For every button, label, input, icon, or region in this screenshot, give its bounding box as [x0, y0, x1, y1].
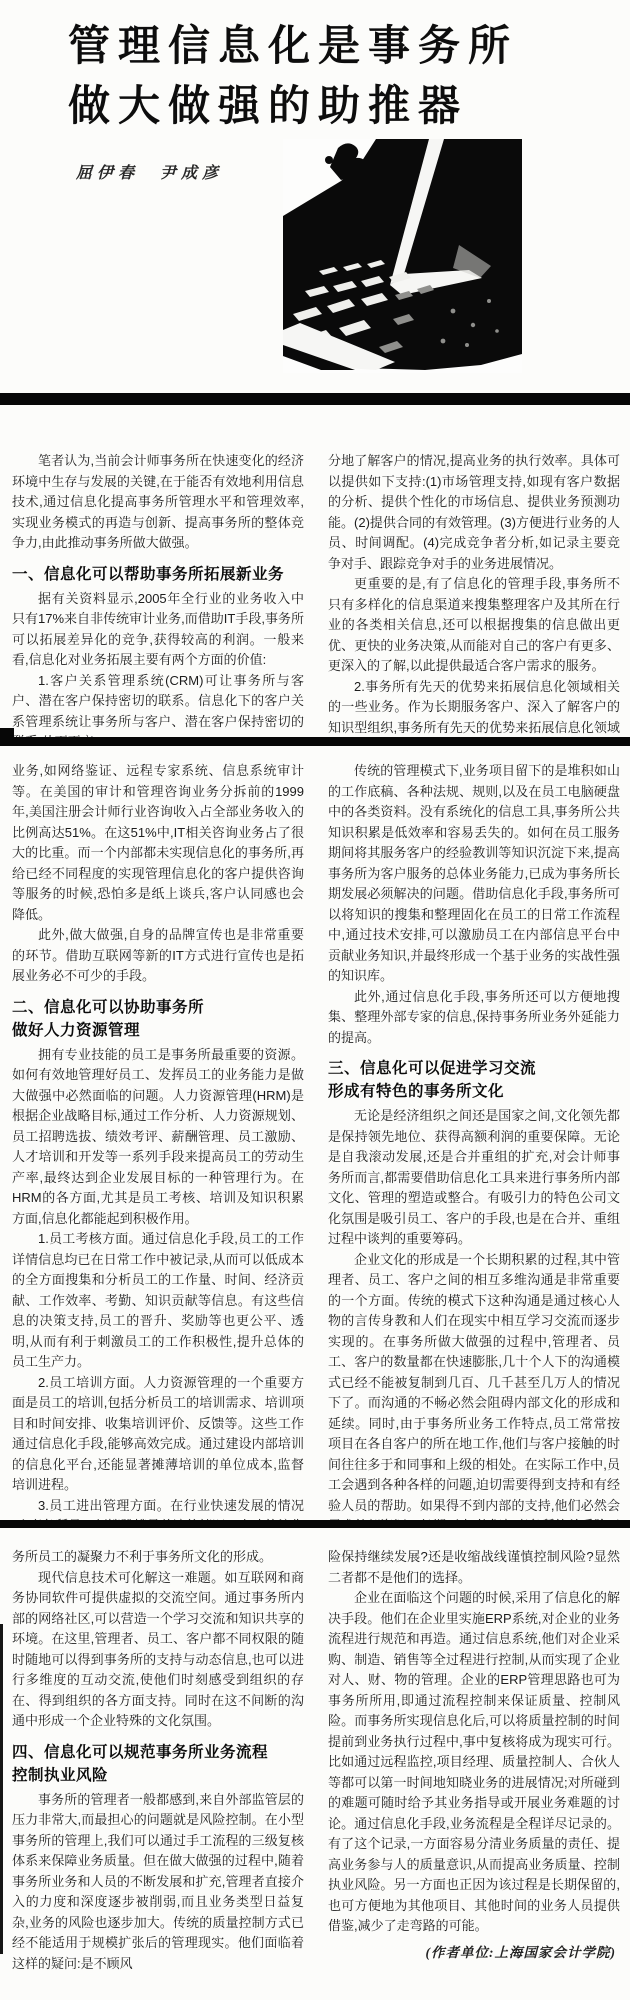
paragraph: 拥有专业技能的员工是事务所最重要的资源。如何有效地管理好员工、发挥员工的业务能力… — [12, 1045, 304, 1230]
paragraph: 事务所的管理者一般都感到,来自外部监管层的压力非常大,而最担心的问题就是风险控制… — [12, 1790, 304, 1975]
paragraph: 企业在面临这个问题的时候,采用了信息化的解决手段。他们在企业里实施ERP系统,对… — [328, 1588, 620, 1937]
section-heading-4-line2: 控制执业风险 — [12, 1764, 304, 1787]
paragraph: 现代信息技术可化解这一难题。如互联网和商务协同软件可提供虚拟的交流空间。通过事务… — [12, 1568, 304, 1732]
section-heading-3-line1: 三、信息化可以促进学习交流 — [328, 1057, 620, 1080]
paragraph: 此外,做大做强,自身的品牌宣传也是非常重要的环节。借助互联网等新的IT方式进行宣… — [12, 925, 304, 987]
right-column: 分地了解客户的情况,提高业务的执行效率。具体可以提供如下支持:(1)市场管理支持… — [328, 451, 620, 737]
paragraph: 笔者认为,当前会计师事务所在快速变化的经济环境中生存与发展的关键,在于能否有效地… — [12, 451, 304, 554]
text-segment-3: 务所员工的凝聚力不利于事务所文化的形成。 现代信息技术可化解这一难题。如互联网和… — [0, 1528, 630, 1999]
text-segment-1: 笔者认为,当前会计师事务所在快速变化的经济环境中生存与发展的关键,在于能否有效地… — [0, 405, 630, 737]
paragraph: 据有关资料显示,2005年全行业的业务收入中只有17%来自非传统审计业务,而借助… — [12, 589, 304, 671]
paragraph: 2.事务所有先天的优势来拓展信息化领域相关的一些业务。作为长期服务客户、深入了解… — [328, 677, 620, 738]
paragraph: 此外,通过信息化手段,事务所还可以方便地搜集、整理外部专家的信息,保持事务所业务… — [328, 987, 620, 1049]
scan-divider-bar-2 — [0, 737, 630, 746]
paragraph: 业务,如网络鉴证、远程专家系统、信息系统审计等。在美国的审计和管理咨询业务分拆前… — [12, 761, 304, 925]
paragraph: 传统的管理模式下,业务项目留下的是堆积如山的工作底稿、各种法规、规则,以及在员工… — [328, 761, 620, 987]
paragraph: 企业文化的形成是一个长期积累的过程,其中管理者、员工、客户之间的相互多维沟通是非… — [328, 1250, 620, 1521]
section-heading-2: 二、信息化可以协助事务所 做好人力资源管理 — [12, 996, 304, 1042]
right-column: 传统的管理模式下,业务项目留下的是堆积如山的工作底稿、各种法规、规则,以及在员工… — [328, 761, 620, 1520]
laptop-photo-graphic — [283, 139, 522, 373]
author-affiliation: (作者单位:上海国家会计学院) — [328, 1943, 616, 1964]
left-column: 业务,如网络鉴证、远程专家系统、信息系统审计等。在美国的审计和管理咨询业务分拆前… — [12, 761, 304, 1520]
scan-divider-wrap — [0, 737, 630, 746]
section-heading-3: 三、信息化可以促进学习交流 形成有特色的事务所文化 — [328, 1057, 620, 1103]
paragraph: 更重要的是,有了信息化的管理手段,事务所不只有多样化的信息渠道来搜集整理客户及其… — [328, 574, 620, 677]
left-column: 笔者认为,当前会计师事务所在快速变化的经济环境中生存与发展的关键,在于能否有效地… — [12, 451, 304, 737]
article-title-line1: 管理信息化是事务所 — [68, 16, 630, 76]
paragraph: 1.员工考核方面。通过信息化手段,员工的工作详情信息均已在日常工作中被记录,从而… — [12, 1229, 304, 1373]
paragraph: 务所员工的凝聚力不利于事务所文化的形成。 — [12, 1547, 304, 1568]
text-segment-2: 业务,如网络鉴证、远程专家系统、信息系统审计等。在美国的审计和管理咨询业务分拆前… — [0, 746, 630, 1520]
scan-edge-nub — [0, 728, 14, 737]
section-heading-2-line1: 二、信息化可以协助事务所 — [12, 996, 304, 1019]
section-heading-2-line2: 做好人力资源管理 — [12, 1019, 304, 1042]
left-column: 务所员工的凝聚力不利于事务所文化的形成。 现代信息技术可化解这一难题。如互联网和… — [12, 1547, 304, 1999]
paragraph: 分地了解客户的情况,提高业务的执行效率。具体可以提供如下支持:(1)市场管理支持… — [328, 451, 620, 574]
paragraph: 2.员工培训方面。人力资源管理的一个重要方面是员工的培训,包括分析员工的培训需求… — [12, 1373, 304, 1496]
right-column: 险保持继续发展?还是收缩战线谨慎控制风险?显然二者都不是他们的选择。 企业在面临… — [328, 1547, 620, 1999]
article-title: 管理信息化是事务所 做大做强的助推器 — [68, 16, 630, 136]
paragraph: 无论是经济组织之间还是国家之间,文化领先都是保持领先地位、获得高额利润的重要保障… — [328, 1106, 620, 1250]
article-title-line2: 做大做强的助推器 — [68, 76, 630, 136]
scan-divider-bar-1 — [0, 393, 630, 405]
section-heading-4: 四、信息化可以规范事务所业务流程 控制执业风险 — [12, 1741, 304, 1787]
paragraph: 险保持继续发展?还是收缩战线谨慎控制风险?显然二者都不是他们的选择。 — [328, 1547, 620, 1588]
section-heading-3-line2: 形成有特色的事务所文化 — [328, 1080, 620, 1103]
laptop-keyboard-photo — [283, 139, 522, 373]
scan-divider-bar-3 — [0, 1520, 630, 1528]
section-heading-4-line1: 四、信息化可以规范事务所业务流程 — [12, 1741, 304, 1764]
scanned-article-page: 管理信息化是事务所 做大做强的助推器 屈伊春 尹成彦 — [0, 0, 630, 2000]
article-header: 管理信息化是事务所 做大做强的助推器 屈伊春 尹成彦 — [0, 0, 630, 393]
paragraph: 1.客户关系管理系统(CRM)可让事务所与客户、潜在客户保持密切的联系。信息化下… — [12, 671, 304, 738]
paragraph: 3.员工进出管理方面。在行业快速发展的情况下,事务所员工频繁跳槽是普遍的情况。人… — [12, 1496, 304, 1521]
section-heading-1: 一、信息化可以帮助事务所拓展新业务 — [12, 563, 304, 586]
